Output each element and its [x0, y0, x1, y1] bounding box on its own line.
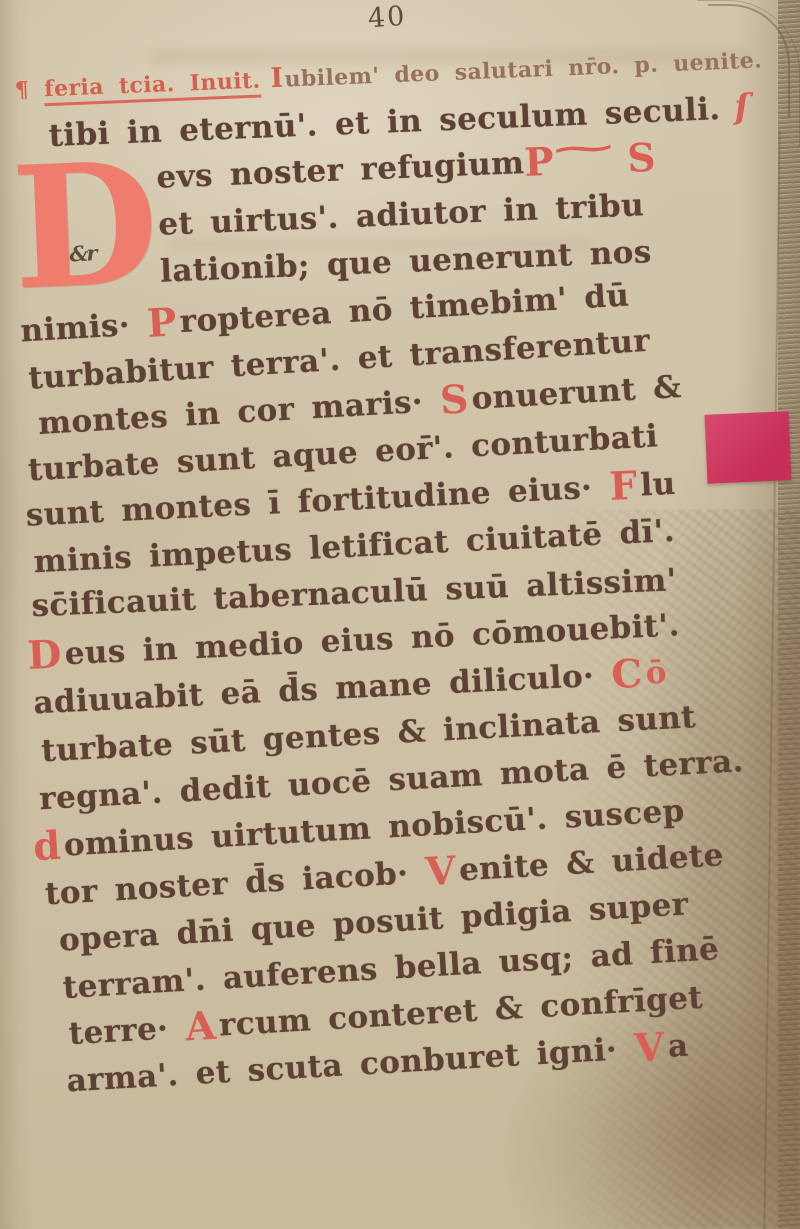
line-text: evs noster refugium: [156, 145, 525, 196]
line-text: terre·: [68, 1010, 170, 1052]
red-capital: C: [610, 651, 644, 698]
pilcrow-mark: ¶: [14, 77, 29, 104]
red-flourish: ſ: [734, 87, 751, 128]
red-capital: F: [608, 463, 638, 510]
line-text: nimis·: [20, 307, 131, 349]
red-letter: ō: [645, 654, 668, 691]
red-capital: P: [146, 299, 178, 347]
illuminated-initial-D: D &r: [9, 150, 165, 308]
red-capital: V: [633, 1024, 666, 1072]
manuscript-page: 40 ¶ feria tcia. Inuit.Iubilem' deo salu…: [0, 0, 800, 1229]
line-text: onuerunt &: [471, 369, 683, 417]
rubric-initial: I: [270, 63, 284, 94]
red-swash: ~: [546, 124, 622, 174]
line-text: lu: [640, 466, 677, 504]
red-capital: S: [626, 135, 656, 182]
text-block: ¶ feria tcia. Inuit.Iubilem' deo salutar…: [0, 39, 800, 1100]
red-capital: S: [439, 376, 470, 424]
folio-number: 40: [367, 1, 407, 35]
rubric-heading: feria tcia. Inuit.: [44, 68, 262, 107]
red-capital: D: [26, 631, 62, 679]
red-capital: V: [424, 848, 457, 896]
red-capital: d: [32, 823, 62, 870]
red-capital: A: [184, 1003, 217, 1051]
line-text: a: [667, 1028, 690, 1065]
